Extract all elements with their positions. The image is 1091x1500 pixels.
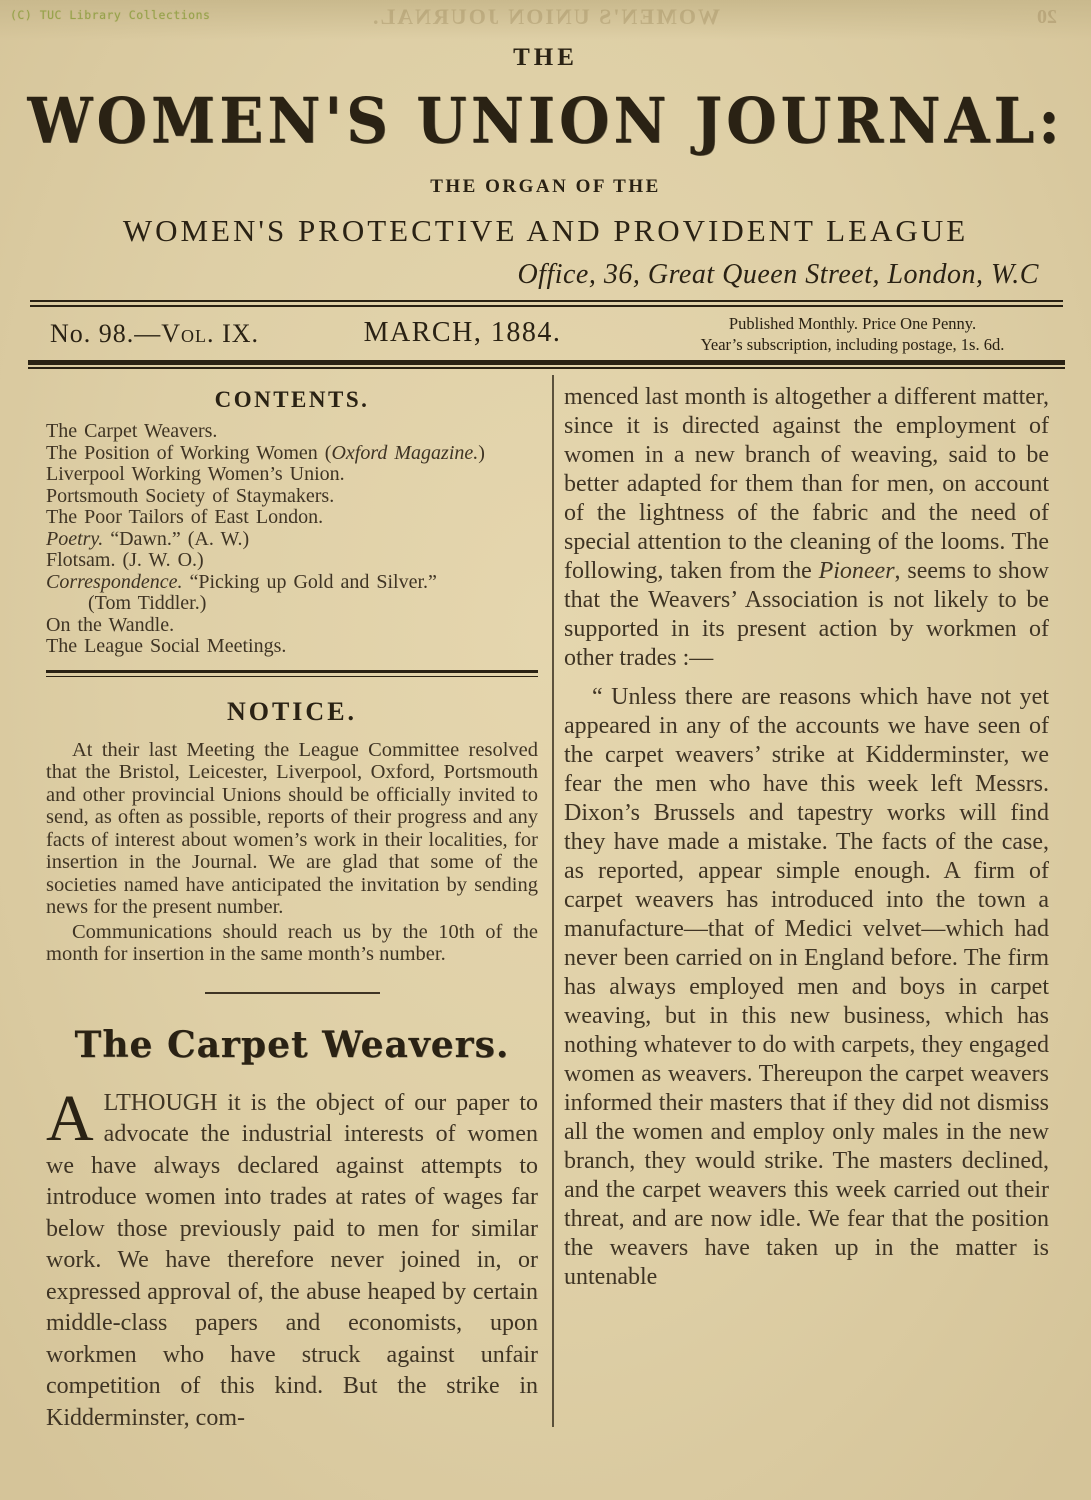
thick-rule-divider bbox=[28, 360, 1065, 369]
organ-line: THE ORGAN OF THE bbox=[0, 176, 1091, 198]
right-column: menced last month is altogether a differ… bbox=[564, 383, 1049, 1434]
contents-list: The Carpet Weavers.The Position of Worki… bbox=[46, 421, 538, 658]
bleedthrough-page-number: 20 bbox=[1037, 6, 1057, 29]
subscription-info: Year’s subscription, including postage, … bbox=[660, 334, 1045, 355]
notice-paragraph: At their last Meeting the League Committ… bbox=[46, 739, 538, 919]
journal-title: WOMEN'S UNION JOURNAL: bbox=[0, 84, 1091, 157]
contents-notice-divider bbox=[46, 670, 538, 677]
drop-cap: A bbox=[46, 1088, 104, 1147]
notice-paragraph: Communications should reach us by the 10… bbox=[46, 921, 538, 966]
column-divider-rule bbox=[552, 375, 554, 1427]
article-opening-paragraph: ALTHOUGH it is the object of our paper t… bbox=[46, 1088, 538, 1435]
article-title: The Carpet Weavers. bbox=[46, 1024, 538, 1066]
quoted-pioneer-extract: “ Unless there are reasons which have no… bbox=[564, 683, 1049, 1292]
league-name: WOMEN'S PROTECTIVE AND PROVIDENT LEAGUE bbox=[0, 213, 1091, 249]
section-end-rule bbox=[205, 992, 380, 994]
dateline: No. 98.—Vol. IX. MARCH, 1884. Published … bbox=[50, 313, 1045, 357]
contents-heading: CONTENTS. bbox=[46, 387, 538, 413]
left-column: CONTENTS. The Carpet Weavers.The Positio… bbox=[46, 383, 538, 1434]
notice-heading: NOTICE. bbox=[46, 697, 538, 727]
journal-page-scan: WOMEN'S UNION JOURNAL. 20 (C) TUC Librar… bbox=[0, 0, 1091, 1500]
article-paragraph-text: LTHOUGH it is the object of our paper to… bbox=[46, 1090, 538, 1431]
two-column-body: CONTENTS. The Carpet Weavers.The Positio… bbox=[0, 369, 1091, 1434]
publication-frequency-price: Published Monthly. Price One Penny. bbox=[660, 313, 1045, 334]
office-address: Office, 36, Great Queen Street, London, … bbox=[0, 259, 1039, 291]
publication-info: Published Monthly. Price One Penny. Year… bbox=[660, 313, 1045, 355]
double-rule-divider bbox=[30, 300, 1063, 307]
article-continuation-paragraph: menced last month is altogether a differ… bbox=[564, 383, 1049, 673]
masthead: THE WOMEN'S UNION JOURNAL: THE ORGAN OF … bbox=[0, 0, 1091, 291]
library-watermark: (C) TUC Library Collections bbox=[10, 8, 210, 22]
